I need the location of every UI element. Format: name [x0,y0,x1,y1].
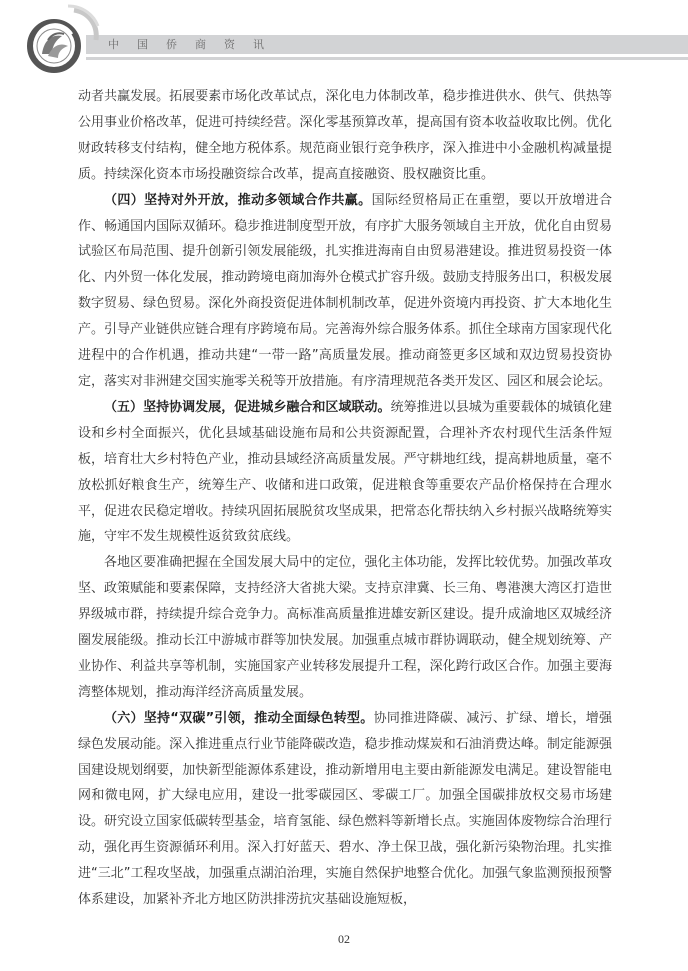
section-heading-4: （四）坚持对外开放，推动多领域合作共赢。 [104,193,372,208]
paragraph-coordinated-development: （五）坚持协调发展，促进城乡融合和区域联动。统筹推进以县城为重要载体的城镇化建设… [78,395,612,550]
header-title: 中国侨商资讯 [108,36,282,54]
section-heading-6: （六）坚持“双碳”引领，推动全面绿色转型。 [104,711,374,726]
paragraph-text: 统筹推进以县城为重要载体的城镇化建设和乡村全面振兴，优化县域基础设施布局和公共资… [78,400,612,545]
section-heading-5: （五）坚持协调发展，促进城乡融合和区域联动。 [104,400,391,415]
paragraph-text: 动者共赢发展。拓展要素市场化改革试点，深化电力体制改革，稳步推进供水、供气、供热… [78,89,612,182]
paragraph-text: 协同推进降碳、减污、扩绿、增长，增强绿色发展动能。深入推进重点行业节能降碳改造，… [78,711,612,907]
header-divider [86,57,688,60]
paragraph-text: 各地区要准确把握在全国发展大局中的定位，强化主体功能，发挥比较优势。加强改革攻坚… [78,555,612,700]
page-number: 02 [0,932,688,947]
article-body: 动者共赢发展。拓展要素市场化改革试点，深化电力体制改革，稳步推进供水、供气、供热… [78,84,612,913]
paragraph-1: 动者共赢发展。拓展要素市场化改革试点，深化电力体制改革，稳步推进供水、供气、供热… [78,84,612,188]
paragraph-text: 国际经贸格局正在重塑，要以开放增进合作、畅通国内国际双循环。稳步推进制度型开放，… [78,193,612,389]
page-header: 中国侨商资讯 [0,0,688,70]
federation-logo-icon [22,4,102,74]
paragraph-green-transition: （六）坚持“双碳”引领，推动全面绿色转型。协同推进降碳、减污、扩绿、增长，增强绿… [78,706,612,913]
paragraph-open-cooperation: （四）坚持对外开放，推动多领域合作共赢。国际经贸格局正在重塑，要以开放增进合作、… [78,188,612,395]
paragraph-regional: 各地区要准确把握在全国发展大局中的定位，强化主体功能，发挥比较优势。加强改革攻坚… [78,550,612,705]
